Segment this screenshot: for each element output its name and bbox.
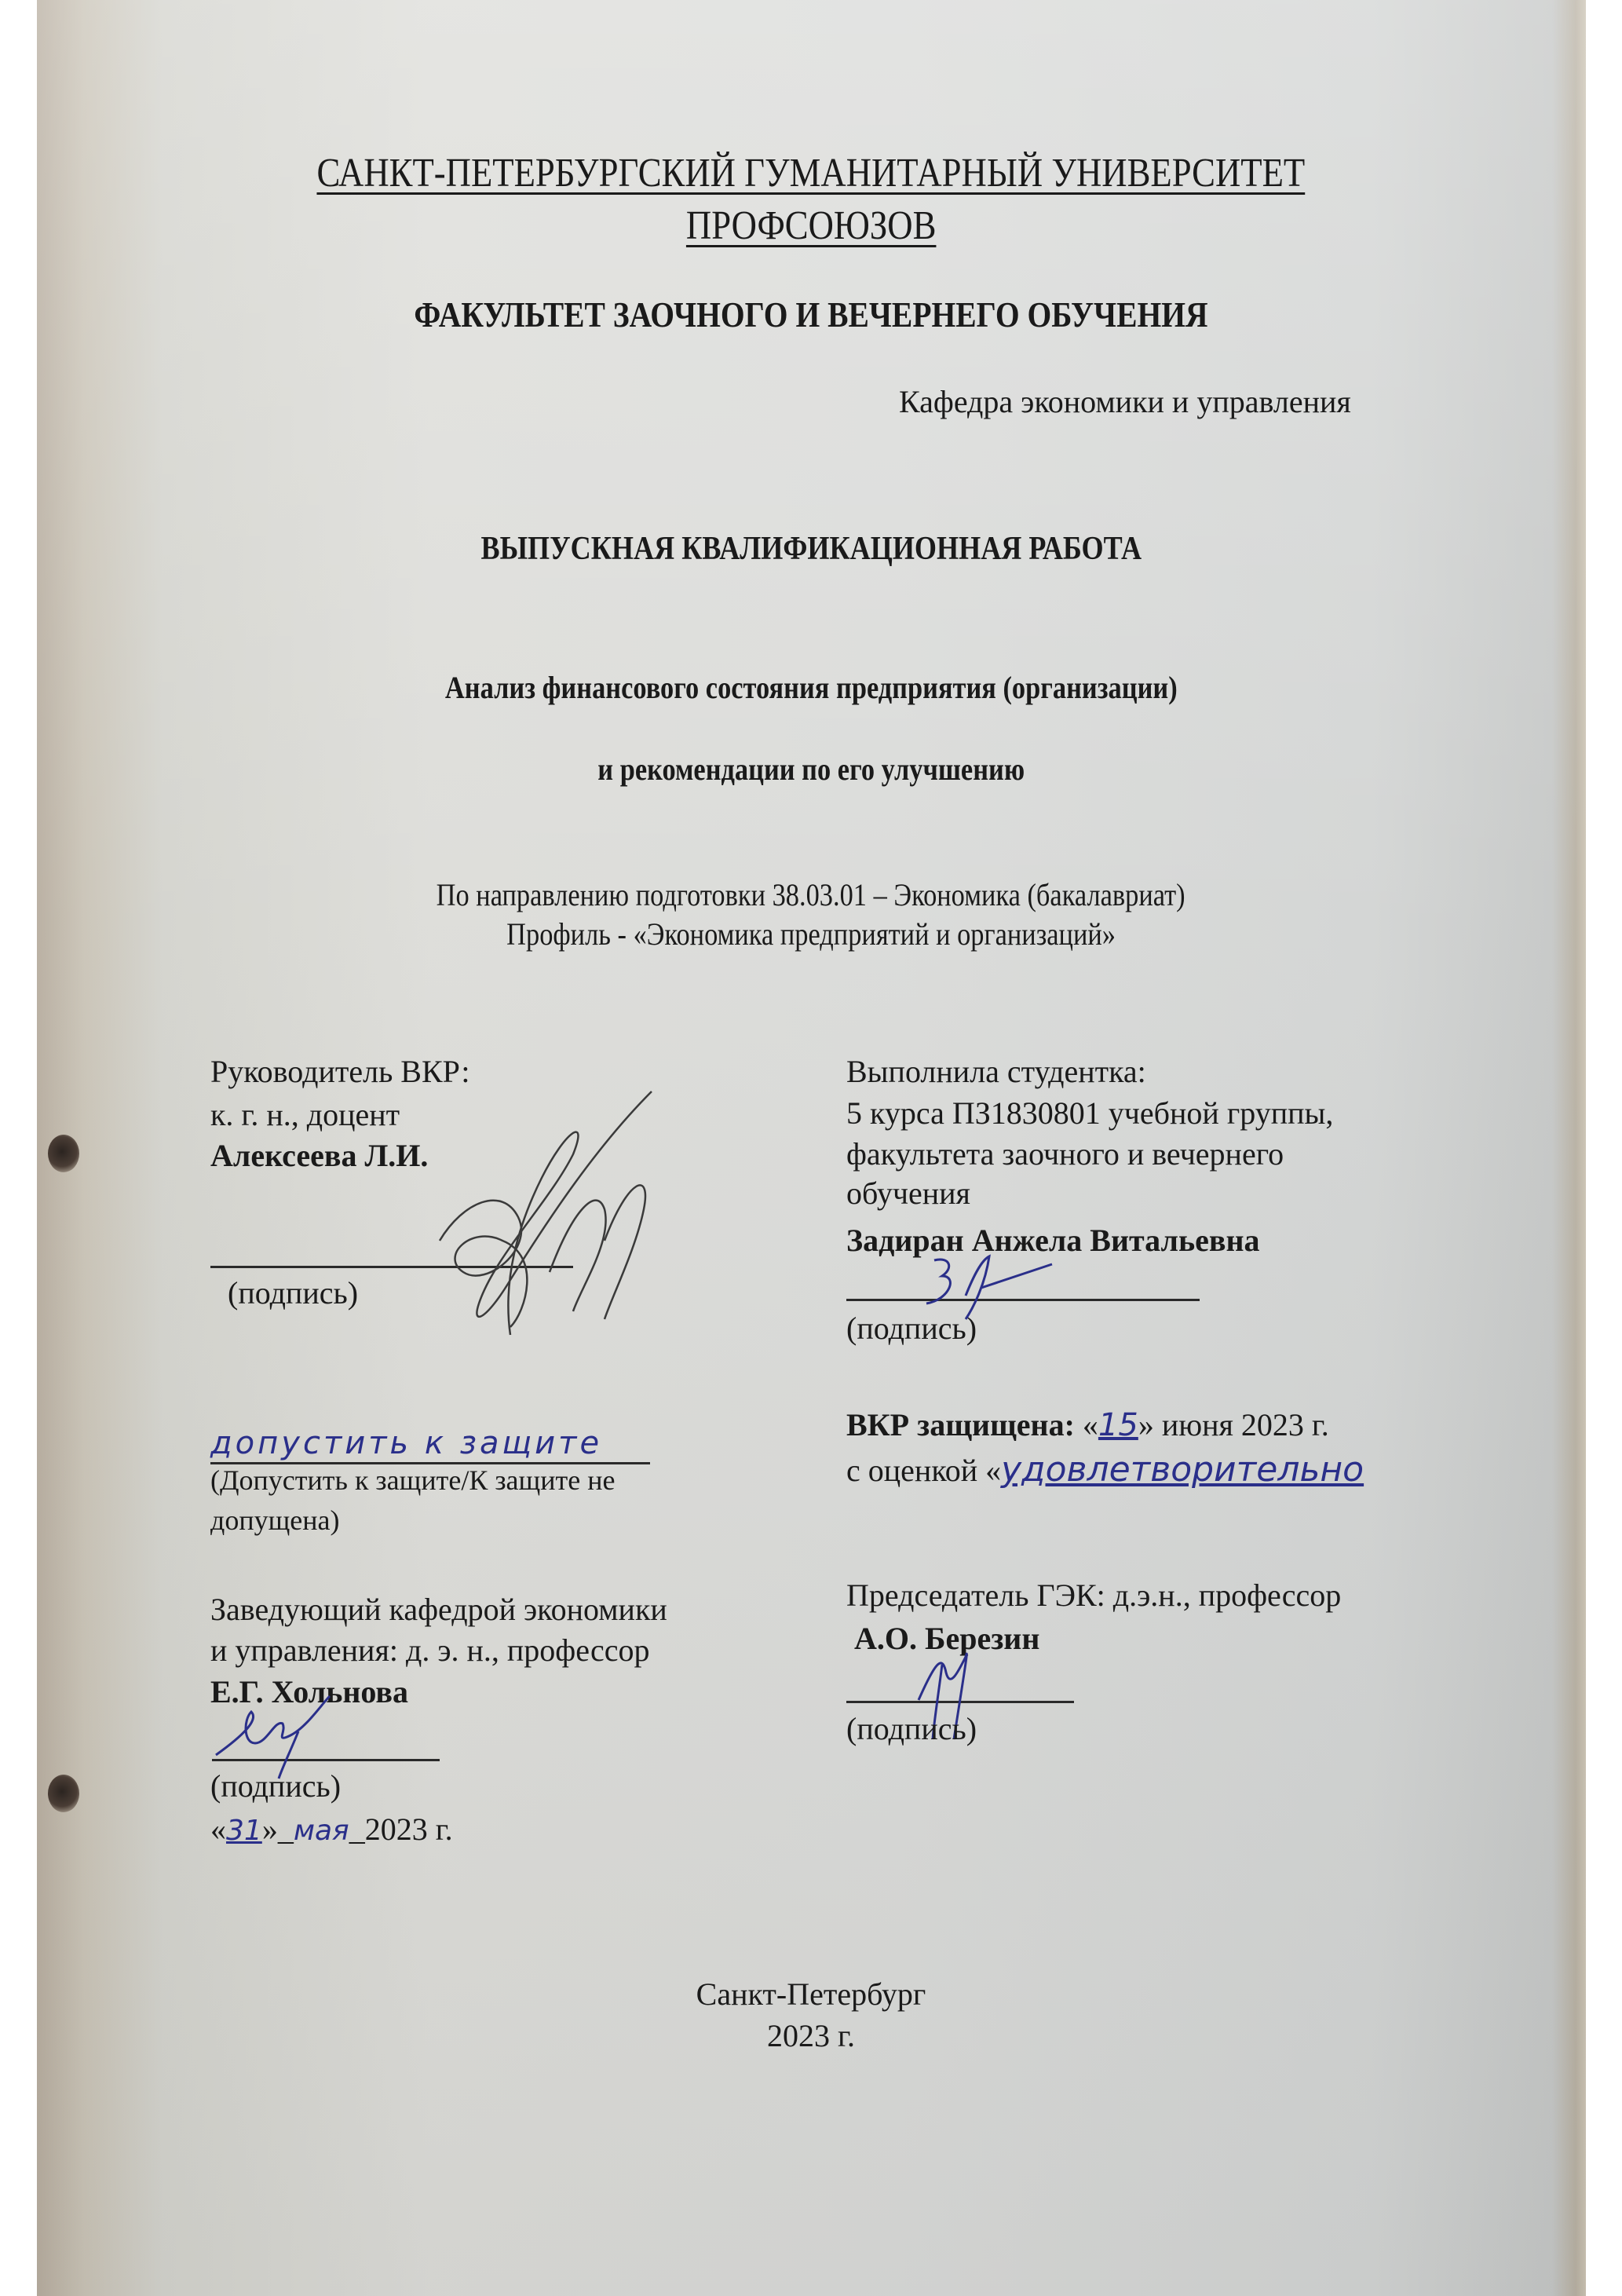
binder-hole-icon <box>48 1135 79 1172</box>
supervisor-degree: к. г. н., доцент <box>210 1099 400 1131</box>
chair-signature-caption: (подпись) <box>846 1713 977 1745</box>
admission-caption-line2: допущена) <box>210 1506 340 1534</box>
student-role: Выполнила студентка: <box>846 1056 1146 1088</box>
binder-hole-icon <box>48 1775 79 1812</box>
supervisor-signature-caption: (подпись) <box>228 1278 358 1309</box>
supervisor-signature-icon <box>393 1084 675 1343</box>
grade-value: удовлетворительно <box>1001 1450 1364 1490</box>
admission-handwritten: допустить к защите <box>210 1425 602 1461</box>
study-profile: Профиль - «Экономика предприятий и орган… <box>0 919 1622 950</box>
university-name-line1: САНКТ-ПЕТЕРБУРГСКИЙ ГУМАНИТАРНЫЙ УНИВЕРС… <box>0 153 1622 194</box>
defense-line: ВКР защищена: «15» июня 2023 г. <box>846 1409 1329 1441</box>
chair-role: Председатель ГЭК: д.э.н., профессор <box>846 1580 1341 1611</box>
head-signature-caption: (подпись) <box>210 1771 341 1802</box>
approval-month: мая <box>294 1815 349 1847</box>
defense-open-quote: « <box>1083 1407 1098 1442</box>
admission-caption-line1: (Допустить к защите/К защите не <box>210 1466 615 1494</box>
grade-line: с оценкой «удовлетворительно <box>846 1453 1364 1487</box>
student-signature-icon <box>919 1252 1060 1323</box>
university-name-line2: ПРОФСОЮЗОВ <box>0 206 1622 247</box>
faculty-name: ФАКУЛЬТЕТ ЗАОЧНОГО И ВЕЧЕРНЕГО ОБУЧЕНИЯ <box>0 297 1622 333</box>
student-group: 5 курса ПЗ1830801 учебной группы, <box>846 1098 1333 1129</box>
defense-date-rest: » июня 2023 г. <box>1138 1407 1329 1442</box>
head-approval-date: «31»_мая_2023 г. <box>210 1814 453 1845</box>
document-type: ВЫПУСКНАЯ КВАЛИФИКАЦИОННАЯ РАБОТА <box>0 532 1622 565</box>
defense-day: 15 <box>1098 1407 1138 1443</box>
approval-day: 31 <box>226 1815 262 1847</box>
supervisor-role: Руководитель ВКР: <box>210 1056 470 1088</box>
student-faculty: факультета заочного и вечернего <box>846 1139 1284 1170</box>
student-faculty-cont: обучения <box>846 1178 970 1209</box>
thesis-topic-line1: Анализ финансового состояния предприятия… <box>0 672 1622 704</box>
date-end: _2023 г. <box>349 1812 453 1847</box>
study-direction: По направлению подготовки 38.03.01 – Эко… <box>0 879 1622 911</box>
date-mid: »_ <box>262 1812 294 1847</box>
department-name: Кафедра экономики и управления <box>899 386 1351 418</box>
student-name: Задиран Анжела Витальевна <box>846 1225 1260 1256</box>
date-open-quote: « <box>210 1812 226 1847</box>
year: 2023 г. <box>0 2020 1622 2052</box>
grade-label: с оценкой « <box>846 1453 1001 1488</box>
thesis-topic-line2: и рекомендации по его улучшению <box>0 754 1622 785</box>
city: Санкт-Петербург <box>0 1979 1622 2010</box>
head-role-line2: и управления: д. э. н., профессор <box>210 1635 649 1666</box>
defense-label: ВКР защищена: <box>846 1407 1075 1442</box>
head-role-line1: Заведующий кафедрой экономики <box>210 1594 667 1625</box>
